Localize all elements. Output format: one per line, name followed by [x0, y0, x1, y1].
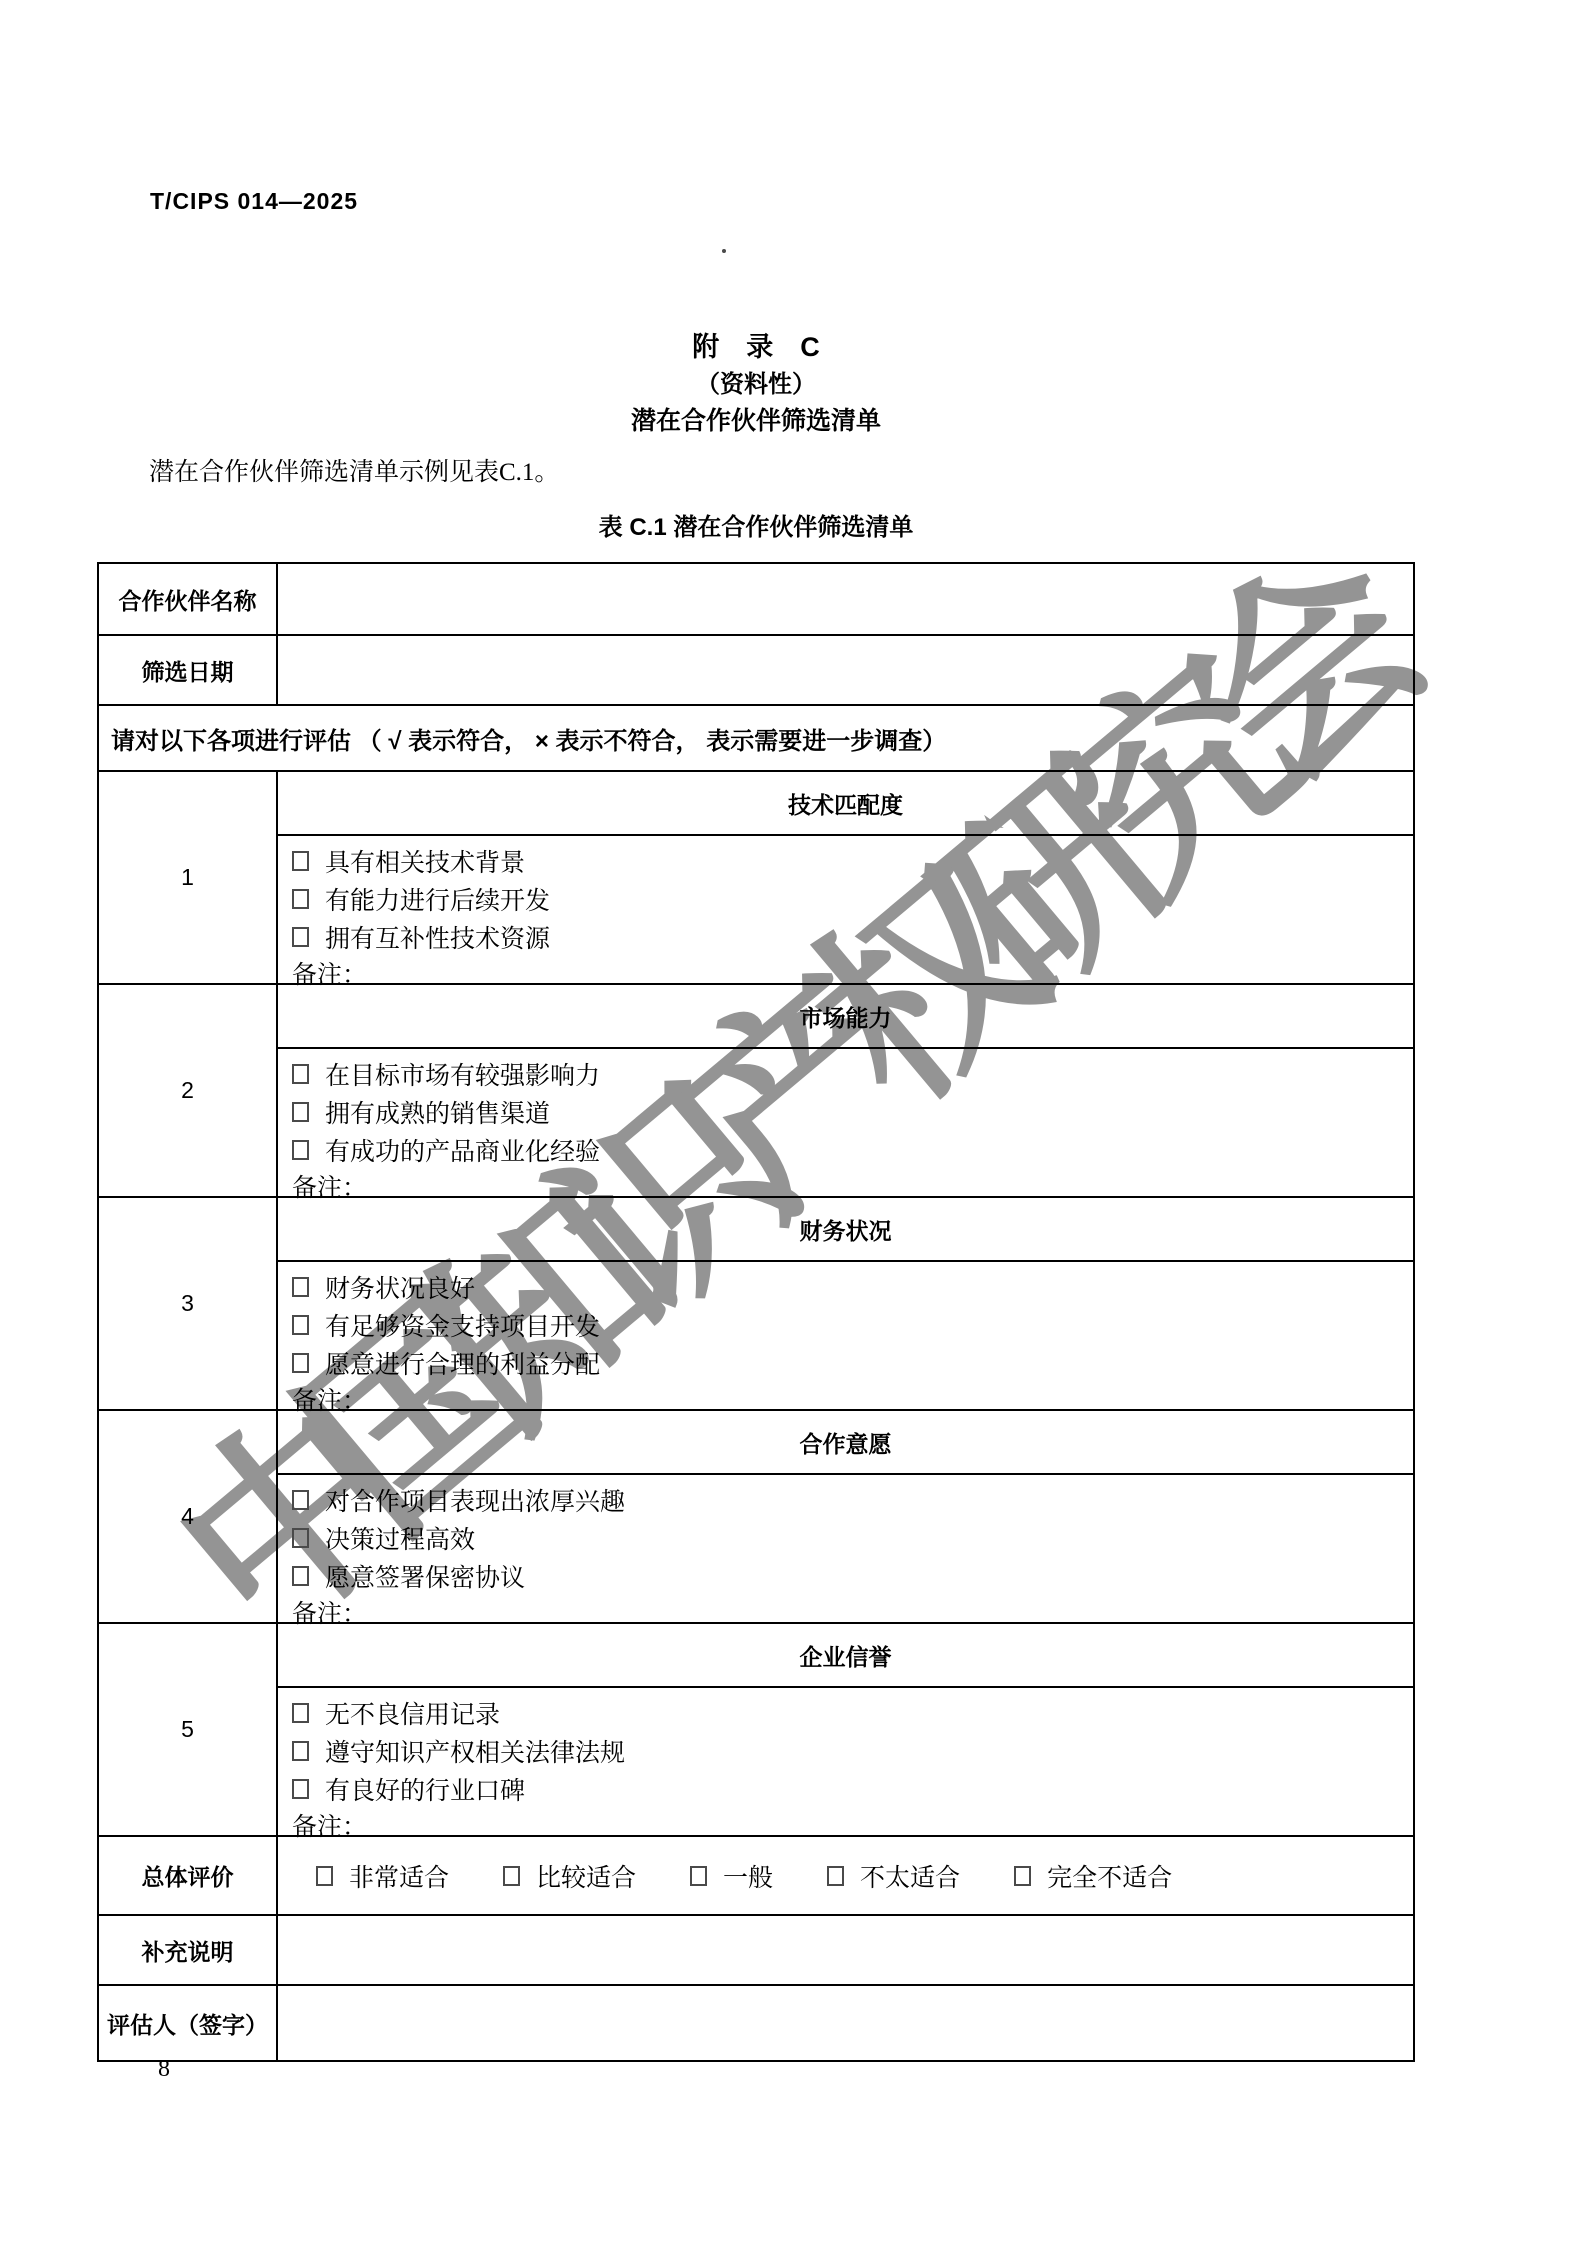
checklist-item: 在目标市场有较强影响力: [292, 1055, 1413, 1093]
overall-option: 比较适合: [503, 1858, 636, 1894]
appendix-subtitle: （资料性）: [97, 367, 1415, 403]
checkbox-icon: [316, 1866, 333, 1886]
checklist-item: 愿意签署保密协议: [292, 1557, 1413, 1595]
stray-dot-mark: [722, 249, 726, 253]
checkbox-icon: [292, 1741, 309, 1761]
section-header: 市场能力: [278, 985, 1413, 1049]
section-number: 5: [99, 1624, 278, 1835]
section-number: 4: [99, 1411, 278, 1622]
table-row-section-4: 4 合作意愿 对合作项目表现出浓厚兴趣 决策过程高效 愿意签署保密协议: [99, 1409, 1413, 1622]
overall-option: 一般: [690, 1858, 773, 1894]
section-header: 合作意愿: [278, 1411, 1413, 1475]
checkbox-icon: [292, 889, 309, 909]
overall-option-label: 不太适合: [860, 1858, 960, 1894]
checklist-item-label: 拥有互补性技术资源: [325, 919, 550, 955]
checklist-item-label: 在目标市场有较强影响力: [325, 1056, 600, 1092]
checkbox-icon: [292, 1277, 309, 1297]
page-number: 8: [158, 2056, 170, 2083]
checklist-item: 有成功的产品商业化经验: [292, 1131, 1413, 1169]
checklist-item-label: 遵守知识产权相关法律法规: [325, 1733, 625, 1769]
appendix-title-block: 附 录 C （资料性） 潜在合作伙伴筛选清单: [97, 328, 1415, 440]
appendix-title: 附 录 C: [97, 328, 1415, 367]
checklist-item-label: 有成功的产品商业化经验: [325, 1132, 600, 1168]
checkbox-icon: [503, 1866, 520, 1886]
checkbox-icon: [292, 1703, 309, 1723]
checklist-item-label: 具有相关技术背景: [325, 843, 525, 879]
checkbox-icon: [292, 1064, 309, 1084]
document-page: 中国知识产权研究会 T/CIPS 014—2025 附 录 C （资料性） 潜在…: [0, 0, 1587, 2245]
table-row-section-2: 2 市场能力 在目标市场有较强影响力 拥有成熟的销售渠道 有成功的产品商业化经验: [99, 983, 1413, 1196]
checklist-item: 拥有互补性技术资源: [292, 918, 1413, 956]
checkbox-icon: [292, 1315, 309, 1335]
section-number: 2: [99, 985, 278, 1196]
checklist-item-label: 有能力进行后续开发: [325, 881, 550, 917]
section-number: 3: [99, 1198, 278, 1409]
table-row-instruction: 请对以下各项进行评估 （ √ 表示符合， × 表示不符合， 表示需要进一步调查）: [99, 704, 1413, 770]
overall-option: 不太适合: [827, 1858, 960, 1894]
checkbox-icon: [827, 1866, 844, 1886]
checkbox-icon: [1014, 1866, 1031, 1886]
checklist-item: 对合作项目表现出浓厚兴趣: [292, 1481, 1413, 1519]
table-row-screening-date: 筛选日期: [99, 634, 1413, 704]
section-header: 企业信誉: [278, 1624, 1413, 1688]
overall-option-label: 一般: [723, 1858, 773, 1894]
table-row-overall: 总体评价 非常适合 比较适合 一般 不太适合: [99, 1835, 1413, 1914]
table-row-partner-name: 合作伙伴名称: [99, 564, 1413, 634]
checklist-item: 愿意进行合理的利益分配: [292, 1344, 1413, 1382]
table-row-section-5: 5 企业信誉 无不良信用记录 遵守知识产权相关法律法规 有良好的行业口碑: [99, 1622, 1413, 1835]
checkbox-icon: [292, 1490, 309, 1510]
section-header: 财务状况: [278, 1198, 1413, 1262]
appendix-heading: 潜在合作伙伴筛选清单: [97, 403, 1415, 440]
section-number: 1: [99, 772, 278, 983]
table-caption: 表 C.1 潜在合作伙伴筛选清单: [97, 507, 1415, 542]
partner-name-value: [278, 564, 1413, 634]
table-row-section-3: 3 财务状况 财务状况良好 有足够资金支持项目开发 愿意进行合理的利益分配: [99, 1196, 1413, 1409]
checklist-item-label: 对合作项目表现出浓厚兴趣: [325, 1482, 625, 1518]
supplement-label: 补充说明: [99, 1916, 278, 1984]
screening-checklist-table: 合作伙伴名称 筛选日期 请对以下各项进行评估 （ √ 表示符合， × 表示不符合…: [97, 562, 1415, 2062]
supplement-value: [278, 1916, 1413, 1984]
standard-code: T/CIPS 014—2025: [150, 188, 358, 215]
checkbox-icon: [292, 927, 309, 947]
table-row-evaluator: 评估人（签字）: [99, 1984, 1413, 2060]
evaluator-value: [278, 1986, 1413, 2060]
checklist-item-label: 拥有成熟的销售渠道: [325, 1094, 550, 1130]
checkbox-icon: [292, 851, 309, 871]
section-header: 技术匹配度: [278, 772, 1413, 836]
checklist-item-label: 财务状况良好: [325, 1269, 475, 1305]
checklist-item: 有足够资金支持项目开发: [292, 1306, 1413, 1344]
checklist-item-label: 有足够资金支持项目开发: [325, 1307, 600, 1343]
checkbox-icon: [292, 1779, 309, 1799]
checklist-item: 财务状况良好: [292, 1268, 1413, 1306]
evaluator-label: 评估人（签字）: [99, 1986, 278, 2060]
overall-option-label: 完全不适合: [1047, 1858, 1172, 1894]
checkbox-icon: [292, 1353, 309, 1373]
overall-option-label: 非常适合: [349, 1858, 449, 1894]
checklist-item-label: 有良好的行业口碑: [325, 1771, 525, 1807]
overall-option-label: 比较适合: [536, 1858, 636, 1894]
partner-name-label: 合作伙伴名称: [99, 564, 278, 634]
screening-date-value: [278, 636, 1413, 704]
overall-label: 总体评价: [99, 1837, 278, 1914]
checkbox-icon: [292, 1528, 309, 1548]
checklist-item-label: 愿意签署保密协议: [325, 1558, 525, 1594]
intro-paragraph: 潜在合作伙伴筛选清单示例见表C.1。: [97, 452, 1415, 488]
screening-date-label: 筛选日期: [99, 636, 278, 704]
checkbox-icon: [292, 1102, 309, 1122]
checklist-item: 遵守知识产权相关法律法规: [292, 1732, 1413, 1770]
checklist-item: 具有相关技术背景: [292, 842, 1413, 880]
checklist-item-label: 愿意进行合理的利益分配: [325, 1345, 600, 1381]
instruction-text: 请对以下各项进行评估 （ √ 表示符合， × 表示不符合， 表示需要进一步调查）: [99, 721, 946, 756]
checklist-item: 决策过程高效: [292, 1519, 1413, 1557]
checklist-item: 有良好的行业口碑: [292, 1770, 1413, 1808]
overall-option: 完全不适合: [1014, 1858, 1172, 1894]
table-row-supplement: 补充说明: [99, 1914, 1413, 1984]
overall-option: 非常适合: [316, 1858, 449, 1894]
checklist-item: 有能力进行后续开发: [292, 880, 1413, 918]
checkbox-icon: [292, 1140, 309, 1160]
overall-options: 非常适合 比较适合 一般 不太适合 完全不适合: [278, 1837, 1413, 1914]
checkbox-icon: [292, 1566, 309, 1586]
checklist-item: 拥有成熟的销售渠道: [292, 1093, 1413, 1131]
table-row-section-1: 1 技术匹配度 具有相关技术背景 有能力进行后续开发 拥有互补性技术资源: [99, 770, 1413, 983]
checklist-item-label: 决策过程高效: [325, 1520, 475, 1556]
checklist-item-label: 无不良信用记录: [325, 1695, 500, 1731]
checklist-item: 无不良信用记录: [292, 1694, 1413, 1732]
checkbox-icon: [690, 1866, 707, 1886]
